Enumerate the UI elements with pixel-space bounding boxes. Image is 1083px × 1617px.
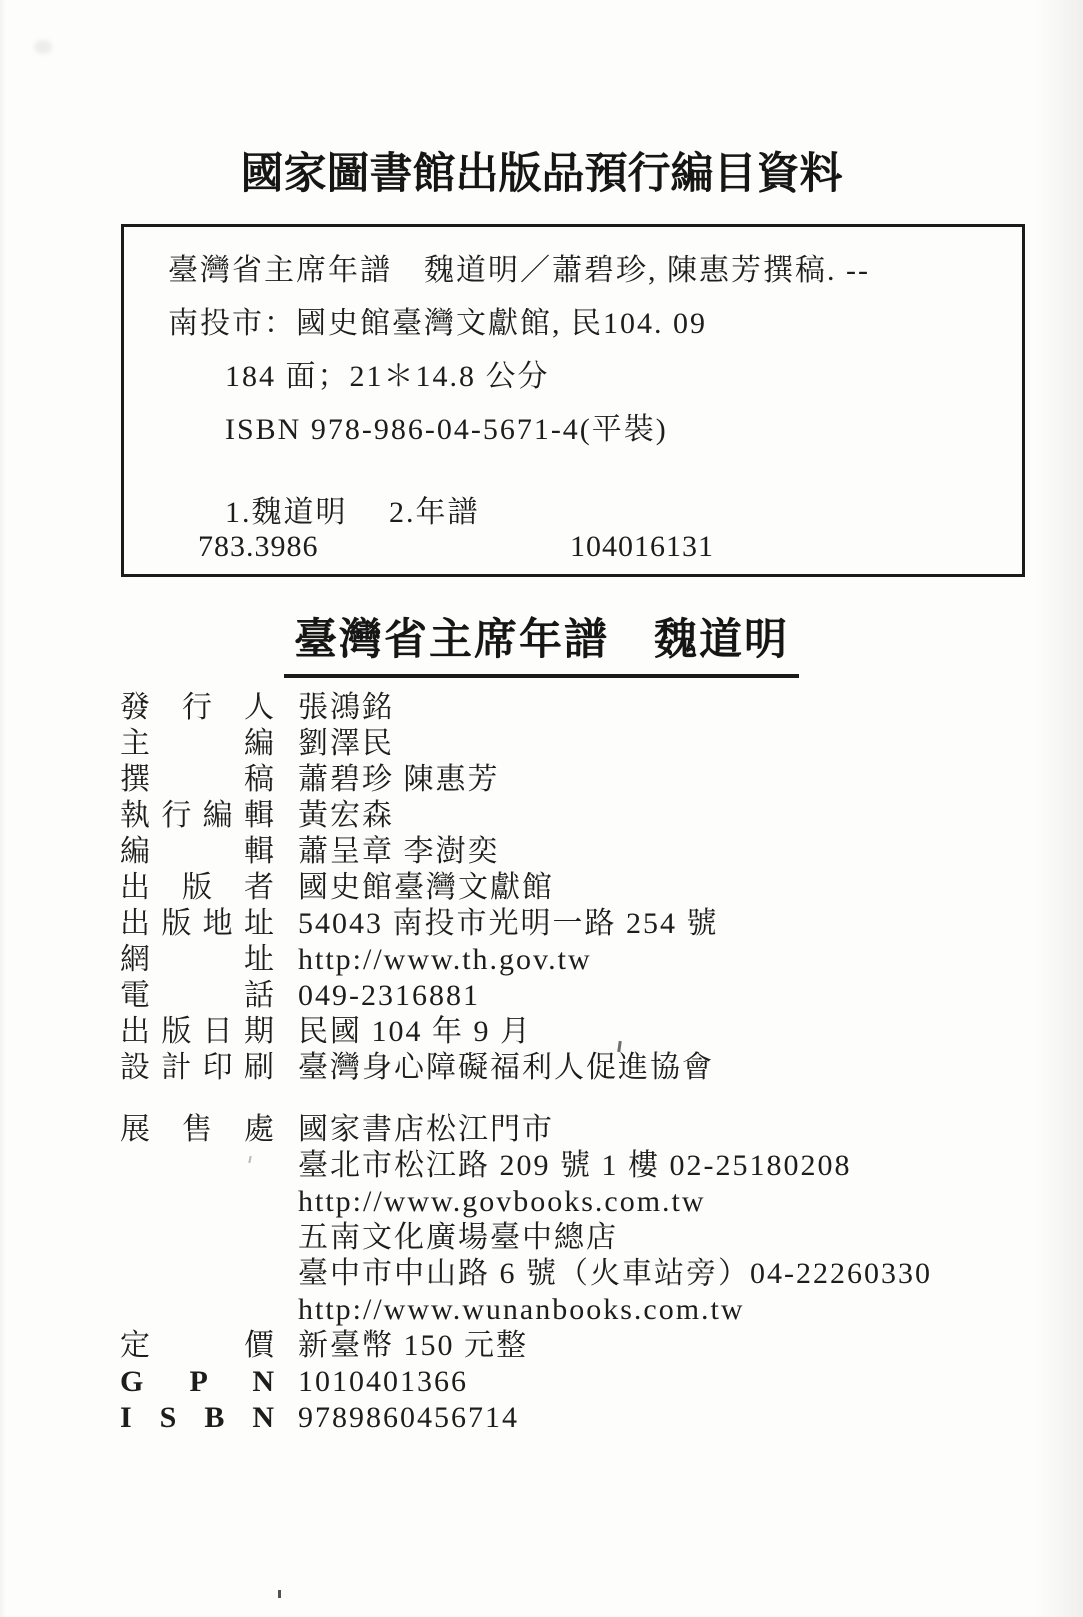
field-label: I S B N: [120, 1400, 274, 1436]
field-label: 設 計 印 刷: [120, 1050, 274, 1086]
colophon-row-sales-outlet-1-address: 臺北市松江路 209 號 1 樓 02-25180208: [120, 1148, 1030, 1184]
field-value bookstore-url: http://www.wunanbooks.com.tw: [298, 1292, 745, 1328]
field-value: 54043 南投市光明一路 254 號: [298, 906, 719, 942]
cip-line-isbn: ISBN 978-986-04-5671-4(平裝): [124, 403, 1022, 456]
field-value: 張鴻銘: [298, 690, 394, 726]
cip-record-box: 臺灣省主席年譜 魏道明／蕭碧珍, 陳惠芳撰稿. -- 南投市：國史館臺灣文獻館,…: [121, 224, 1025, 577]
colophon-row-isbn: I S B N 9789860456714: [120, 1400, 1030, 1436]
colophon-row-sales-outlet-1: 展 售 處 國家書店松江門市: [120, 1112, 1030, 1148]
cip-subjects: 1.魏道明 2.年譜: [124, 487, 1022, 531]
field-value: 黃宏森: [298, 798, 394, 834]
cip-line-title: 臺灣省主席年譜 魏道明／蕭碧珍, 陳惠芳撰稿. --: [124, 244, 1022, 297]
colophon-row-sales-outlet-2-address: 臺中市中山路 6 號（火車站旁）04-22260330: [120, 1256, 1030, 1292]
field-value: 蕭呈章 李澍奕: [298, 834, 500, 870]
field-value: 1010401366: [298, 1364, 468, 1400]
field-value: 9789860456714: [298, 1400, 519, 1436]
field-label: 出 版 日 期: [120, 1014, 274, 1050]
classification-number: 783.3986: [198, 530, 319, 564]
field-value: 蕭碧珍 陳惠芳: [298, 762, 500, 798]
field-value: 新臺幣 150 元整: [298, 1328, 528, 1364]
field-value: 049-2316881: [298, 978, 480, 1014]
colophon-row-address: 出 版 地 址 54043 南投市光明一路 254 號: [120, 906, 1030, 942]
cip-line-extent: 184 面；21＊14.8 公分: [124, 350, 1022, 403]
colophon-row-price: 定 價 新臺幣 150 元整: [120, 1328, 1030, 1364]
colophon-row-gpn: G P N 1010401366: [120, 1364, 1030, 1400]
field-label: G P N: [120, 1364, 274, 1400]
cip-header-title: 國家圖書館出版品預行編目資料: [0, 140, 1083, 201]
colophon-row-editors: 編 輯 蕭呈章 李澍奕: [120, 834, 1030, 870]
field-value: 劉澤民: [298, 726, 394, 762]
field-label: 執 行 編 輯: [120, 798, 274, 834]
field-label: 展 售 處: [120, 1112, 274, 1148]
colophon-row-sales-outlet-2-url: http://www.wunanbooks.com.tw: [120, 1292, 1030, 1328]
colophon-row-website: 網 址 http://www.th.gov.tw: [120, 942, 1030, 978]
cip-record-number: 104016131: [570, 530, 714, 564]
field-label: 主 編: [120, 726, 274, 762]
field-value: 國史館臺灣文獻館: [298, 870, 554, 906]
field-label: 出 版 者: [120, 870, 274, 906]
cip-line-imprint: 南投市：國史館臺灣文獻館, 民104. 09: [124, 297, 1022, 350]
scan-artifact: [278, 1590, 281, 1598]
scan-edge-shadow-right: [1035, 0, 1083, 1617]
colophon-row-authors: 撰 稿 蕭碧珍 陳惠芳: [120, 762, 1030, 798]
field-label-empty: [120, 1184, 274, 1220]
colophon-row-executive-editor: 執 行 編 輯 黃宏森: [120, 798, 1030, 834]
field-label: 發 行 人: [120, 690, 274, 726]
field-label: 定 價: [120, 1328, 274, 1364]
field-label: 撰 稿: [120, 762, 274, 798]
field-label: 編 輯: [120, 834, 274, 870]
colophon-row-publisher-person: 發 行 人 張鴻銘: [120, 690, 1030, 726]
field-label: 網 址: [120, 942, 274, 978]
colophon-row-pub-date: 出 版 日 期 民國 104 年 9 月: [120, 1014, 1030, 1050]
colophon-row-sales-outlet-1-url: http://www.govbooks.com.tw: [120, 1184, 1030, 1220]
colophon-row-sales-outlet-2: 五南文化廣場臺中總店: [120, 1220, 1030, 1256]
field-value publisher-url: http://www.th.gov.tw: [298, 942, 592, 978]
field-value: 民國 104 年 9 月: [298, 1014, 532, 1050]
scan-smudge: [34, 40, 52, 54]
field-label: 電 話: [120, 978, 274, 1014]
field-value: 臺灣身心障礙福利人促進協會: [298, 1050, 714, 1086]
field-value: 五南文化廣場臺中總店: [298, 1220, 618, 1256]
field-label: 出 版 地 址: [120, 906, 274, 942]
field-value: 臺中市中山路 6 號（火車站旁）04-22260330: [298, 1256, 932, 1292]
colophon-row-phone: 電 話 049-2316881: [120, 978, 1030, 1014]
colophon-list: 發 行 人 張鴻銘 主 編 劉澤民 撰 稿 蕭碧珍 陳惠芳 執 行 編 輯 黃宏…: [120, 690, 1030, 1436]
field-label-empty: [120, 1220, 274, 1256]
field-label-empty: [120, 1148, 274, 1184]
field-value: 國家書店松江門市: [298, 1112, 554, 1148]
colophon-row-chief-editor: 主 編 劉澤民: [120, 726, 1030, 762]
colophon-row-publisher-org: 出 版 者 國史館臺灣文獻館: [120, 870, 1030, 906]
book-title-text: 臺灣省主席年譜 魏道明: [284, 606, 799, 678]
scanned-colophon-page: 國家圖書館出版品預行編目資料 臺灣省主席年譜 魏道明／蕭碧珍, 陳惠芳撰稿. -…: [0, 0, 1083, 1617]
field-value: 臺北市松江路 209 號 1 樓 02-25180208: [298, 1148, 852, 1184]
scan-edge-shadow-left: [0, 0, 6, 1617]
field-value bookstore-url: http://www.govbooks.com.tw: [298, 1184, 706, 1220]
field-label-empty: [120, 1256, 274, 1292]
colophon-row-design-printing: 設 計 印 刷 臺灣身心障礙福利人促進協會: [120, 1050, 1030, 1086]
book-title: 臺灣省主席年譜 魏道明: [0, 606, 1083, 678]
field-label-empty: [120, 1292, 274, 1328]
